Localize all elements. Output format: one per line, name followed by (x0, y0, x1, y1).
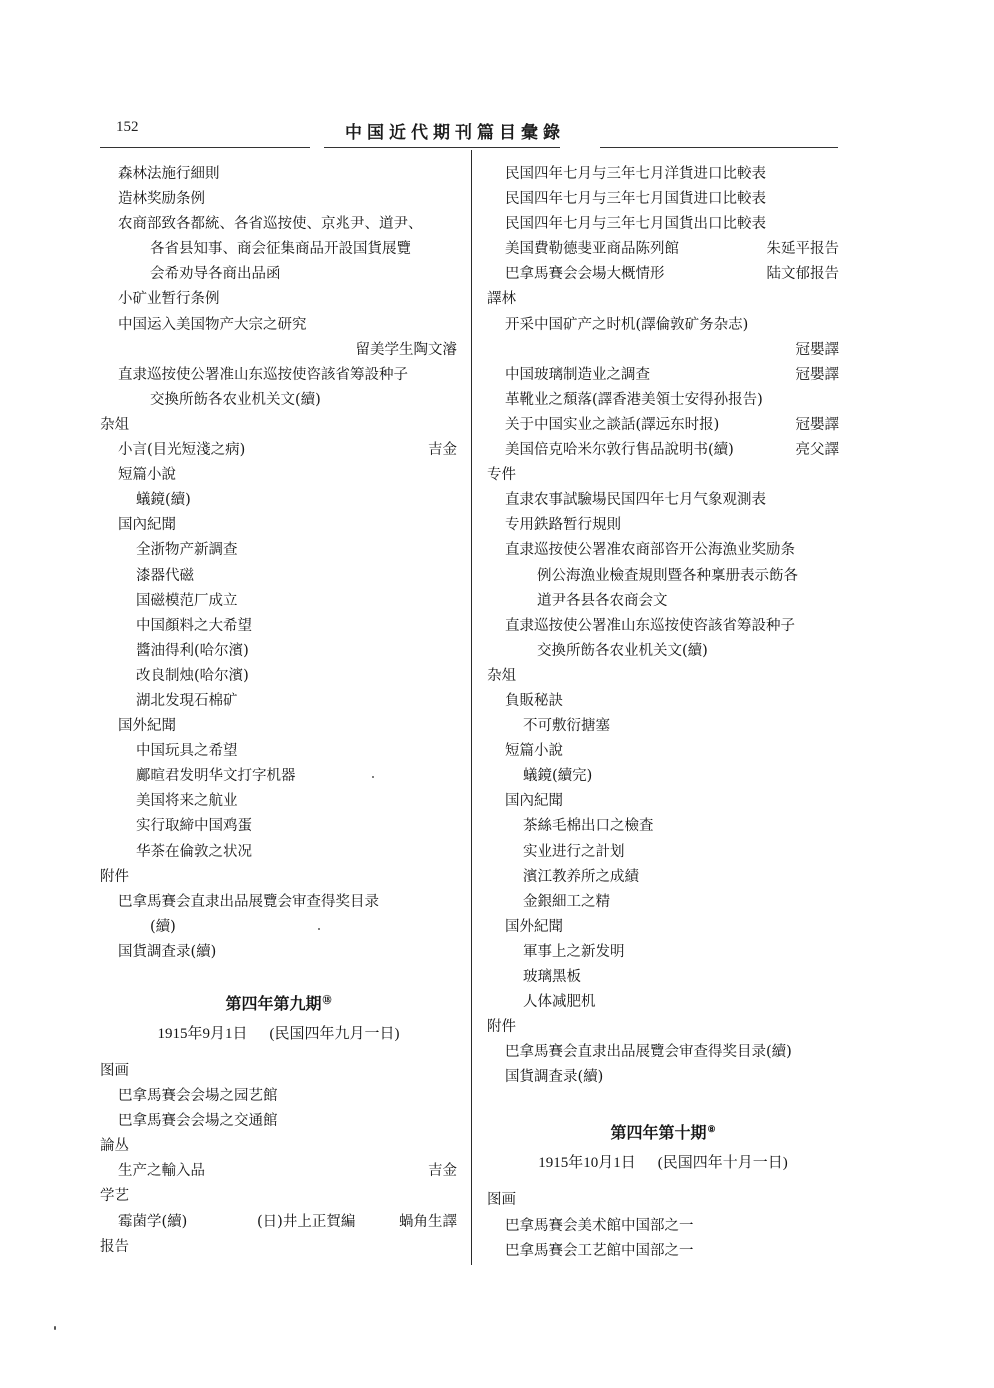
list-item: 实业进行之計划 (487, 840, 839, 865)
list-item: 負販秘訣 (487, 689, 839, 714)
column-divider (471, 150, 472, 1265)
entry-title: 論丛 (100, 1138, 129, 1154)
entry-author: 朱延平报告 (767, 237, 840, 262)
list-item: 国內紀聞 (487, 789, 839, 814)
entry-title: 中国顏料之大希望 (136, 618, 252, 634)
list-item: 森林法施行細則 (100, 162, 457, 187)
list-item: 民国四年七月与三年七月洋貨进口比較表 (487, 162, 839, 187)
list-item: 美国将来之航业 (100, 789, 457, 814)
list-item: 直隶巡按使公署准山东巡按使咨該省筹設种子 (487, 614, 839, 639)
list-item: 鄺暄君发明华文打字机器 (100, 764, 457, 789)
issue-date-4-10: 1915年10月1日(民国四年十月一日) (487, 1148, 839, 1178)
entry-title: 直隶巡按使公署准山东巡按使咨該省筹設种子 (118, 367, 408, 383)
running-title: 中国近代期刊篇目彙錄 (345, 118, 565, 143)
entry-title: 报告 (100, 1239, 129, 1255)
list-item: 巴拿馬賽会直隶出品展覽会审查得奖目录 (100, 890, 457, 915)
list-item: 各省县知事、商会征集商品开設国貨展覽 (100, 237, 457, 262)
entry-title: 民国四年七月与三年七月国貨进口比較表 (505, 191, 766, 207)
list-item: 漆器代磁 (100, 564, 457, 589)
footnote-marker: ⑱ (323, 996, 332, 1006)
list-item: 留美学生陶文濬 (100, 338, 457, 363)
list-item: 民国四年七月与三年七月国貨出口比較表 (487, 212, 839, 237)
entry-title: 直隶巡按使公署准山东巡按使咨該省筹設种子 (505, 618, 795, 634)
left-entry-list: 森林法施行細則造林奖励条例农商部致各都統、各省巡按使、京兆尹、道尹、各省县知事、… (100, 162, 457, 965)
scan-speck (372, 776, 374, 778)
entry-original-author: (日)井上正賀編 (257, 1210, 355, 1235)
list-item: 改良制烛(哈尔濱) (100, 664, 457, 689)
list-item: 国貨調査录(續) (487, 1065, 839, 1090)
entry-title: 国磁模范厂成立 (136, 593, 238, 609)
list-item: 湖北发現石棉矿 (100, 689, 457, 714)
list-item: 造林奖励条例 (100, 187, 457, 212)
entry-title: 各省县知事、商会征集商品开設国貨展覽 (150, 241, 411, 257)
entry-title: 图画 (487, 1192, 516, 1208)
entry-title: 玻璃黑板 (523, 969, 581, 985)
list-item: 全浙物产新調查 (100, 538, 457, 563)
list-item: 濱江教养所之成績 (487, 865, 839, 890)
entry-title: 直隶巡按使公署准农商部咨开公海漁业奖励条 (505, 542, 795, 558)
entry-author: 陆文郁报告 (767, 262, 840, 287)
list-item: 国外紀聞 (100, 714, 457, 739)
issue-heading-4-10: 第四年第十期⑧ (487, 1112, 839, 1148)
section-heading: 杂俎 (100, 413, 457, 438)
entry-title: 关于中国实业之談話(譯远东时报) (505, 417, 719, 433)
left-column: 森林法施行細則造林奖励条例农商部致各都統、各省巡按使、京兆尹、道尹、各省县知事、… (100, 162, 457, 1260)
list-item: 冠嬰譯 (487, 338, 839, 363)
date-gregorian: 1915年10月1日 (538, 1155, 636, 1171)
list-item: 例公海漁业檢査規則暨各种稟册表示飭各 (487, 564, 839, 589)
list-item: 中国玩具之希望 (100, 739, 457, 764)
section-heading: 譯林 (487, 287, 839, 312)
list-item: 蟻鏡(續完) (487, 764, 839, 789)
entry-title: 华茶在倫敦之状况 (136, 844, 252, 860)
entry-title: 譯林 (487, 291, 516, 307)
list-item: 开采中国矿产之时机(譯倫敦矿务杂志) (487, 313, 839, 338)
entry-title: 农商部致各都統、各省巡按使、京兆尹、道尹、 (118, 216, 423, 232)
right-entry-list: 民国四年七月与三年七月洋貨进口比較表民国四年七月与三年七月国貨进口比較表民国四年… (487, 162, 839, 1090)
list-item: 巴拿馬賽会会場之园艺館 (100, 1084, 457, 1109)
header-rule-gap (310, 145, 324, 150)
entry-title: 中国运入美国物产大宗之研究 (118, 317, 307, 333)
entry-title: 开采中国矿产之时机(譯倫敦矿务杂志) (505, 317, 748, 333)
entry-author: 冠嬰譯 (796, 363, 840, 388)
list-item: 农商部致各都統、各省巡按使、京兆尹、道尹、 (100, 212, 457, 237)
entry-title: 造林奖励条例 (118, 191, 205, 207)
entry-title: 小言(目光短淺之病) (118, 442, 245, 458)
entry-title: 負販秘訣 (505, 693, 563, 709)
section-heading: 論丛 (100, 1134, 457, 1159)
entry-title: 霉菌学(續) (118, 1214, 187, 1230)
entry-title: 实行取締中国鸡蛋 (136, 818, 252, 834)
list-item: 玻璃黑板 (487, 965, 839, 990)
list-item: 蟻鏡(續) (100, 488, 457, 513)
list-item: 小矿业暂行条例 (100, 287, 457, 312)
entry-title: 例公海漁业檢査規則暨各种稟册表示飭各 (537, 568, 798, 584)
entry-title: 鄺暄君发明华文打字机器 (136, 768, 296, 784)
entry-title: 民国四年七月与三年七月国貨出口比較表 (505, 216, 766, 232)
section-heading: 图画 (487, 1188, 839, 1213)
entry-title: 蟻鏡(續完) (523, 768, 592, 784)
entry-title: 巴拿馬賽会会場大概情形 (505, 266, 665, 282)
list-item: 巴拿馬賽会工艺館中国部之一 (487, 1239, 839, 1264)
list-item: 金銀細工之精 (487, 890, 839, 915)
list-item: 国貨調査录(續) (100, 940, 457, 965)
section-heading: 图画 (100, 1059, 457, 1084)
section-heading: 学艺 (100, 1184, 457, 1209)
entry-title: 巴拿馬賽会会場之园艺館 (118, 1088, 278, 1104)
entry-author: 吉金 (428, 1159, 457, 1184)
entry-title: 美国将来之航业 (136, 793, 238, 809)
issue-date-4-9: 1915年9月1日(民国四年九月一日) (100, 1019, 457, 1049)
entry-author: 冠嬰譯 (796, 338, 840, 363)
entry-title: 附件 (487, 1019, 516, 1035)
date-minguo: (民国四年十月一日) (658, 1155, 788, 1171)
entry-title: 直隶农事試驗場民国四年七月气象观測表 (505, 492, 766, 508)
list-item: 革靴业之頹落(譯香港美領士安得孙报告) (487, 388, 839, 413)
list-item: 直隶巡按使公署准农商部咨开公海漁业奖励条 (487, 538, 839, 563)
entry-author: 蝸角生譯 (399, 1210, 457, 1235)
list-item: 直隶巡按使公署准山东巡按使咨該省筹設种子 (100, 363, 457, 388)
list-item: 生产之輸入品吉金 (100, 1159, 457, 1184)
entry-title: 学艺 (100, 1188, 129, 1204)
entry-title: 国內紀聞 (118, 517, 176, 533)
section-heading: 杂俎 (487, 664, 839, 689)
section-heading: 附件 (100, 865, 457, 890)
entry-title: 国貨調査录(續) (505, 1069, 603, 1085)
entry-title: 軍事上之新发明 (523, 944, 625, 960)
entry-title: 醬油得利(哈尔濱) (136, 643, 249, 659)
list-item: 关于中国实业之談話(譯远东时报)冠嬰譯 (487, 413, 839, 438)
list-item: 茶絲毛棉出口之檢査 (487, 814, 839, 839)
entry-title: 民国四年七月与三年七月洋貨进口比較表 (505, 166, 766, 182)
list-item: 醬油得利(哈尔濱) (100, 639, 457, 664)
entry-title: 附件 (100, 869, 129, 885)
list-item: 实行取締中国鸡蛋 (100, 814, 457, 839)
right-issue-entry-list: 图画巴拿馬賽会美术館中国部之一巴拿馬賽会工艺館中国部之一 (487, 1188, 839, 1263)
entry-title: 革靴业之頹落(譯香港美領士安得孙报告) (505, 392, 763, 408)
entry-title: 美国倍克哈米尔敦行售品說明书(續) (505, 442, 734, 458)
list-item: 交換所飭各农业机关文(續) (100, 388, 457, 413)
entry-title: 国外紀聞 (505, 919, 563, 935)
entry-title: 专件 (487, 467, 516, 483)
entry-title: 改良制烛(哈尔濱) (136, 668, 249, 684)
entry-title: 巴拿馬賽会直隶出品展覽会审查得奖目录 (118, 894, 379, 910)
entry-title: 巴拿馬賽会工艺館中国部之一 (505, 1243, 694, 1259)
issue-title-text: 第四年第九期 (225, 994, 321, 1013)
entry-title: 交換所飭各农业机关文(續) (537, 643, 708, 659)
header-rule (100, 147, 838, 148)
scan-speck (318, 928, 320, 930)
right-column: 民国四年七月与三年七月洋貨进口比較表民国四年七月与三年七月国貨进口比較表民国四年… (487, 162, 839, 1264)
list-item: 国外紀聞 (487, 915, 839, 940)
list-item: 交換所飭各农业机关文(續) (487, 639, 839, 664)
entry-title: 巴拿馬賽会美术館中国部之一 (505, 1218, 694, 1234)
entry-title: 茶絲毛棉出口之檢査 (523, 818, 654, 834)
list-item: (續) (100, 915, 457, 940)
entry-title: 美国費勒德斐亚商品陈列館 (505, 241, 679, 257)
list-item: 美国費勒德斐亚商品陈列館朱延平报告 (487, 237, 839, 262)
entry-title: 森林法施行細則 (118, 166, 220, 182)
entry-title: 国內紀聞 (505, 793, 563, 809)
entry-title: 中国玩具之希望 (136, 743, 238, 759)
page-number: 152 (116, 119, 139, 136)
entry-title: 专用鉄路暂行規則 (505, 517, 621, 533)
entry-title: 濱江教养所之成績 (523, 869, 639, 885)
entry-title: 巴拿馬賽会直隶出品展覽会审查得奖目录(續) (505, 1044, 792, 1060)
entry-title: 短篇小說 (118, 467, 176, 483)
entry-title: 国貨調査录(續) (118, 944, 216, 960)
section-heading: 专件 (487, 463, 839, 488)
entry-title: 全浙物产新調查 (136, 542, 238, 558)
entry-author: 亮父譯 (796, 438, 840, 463)
list-item: 国磁模范厂成立 (100, 589, 457, 614)
section-heading: 报告 (100, 1235, 457, 1260)
entry-title: 短篇小說 (505, 743, 563, 759)
entry-title: 不可敷衍搪塞 (523, 718, 610, 734)
entry-title: 会希劝导各商出品函 (150, 266, 281, 282)
list-item: 中国玻璃制造业之調查冠嬰譯 (487, 363, 839, 388)
left-issue-entry-list: 图画巴拿馬賽会会場之园艺館巴拿馬賽会会場之交通館論丛生产之輸入品吉金学艺霉菌学(… (100, 1059, 457, 1260)
entry-title: 生产之輸入品 (118, 1163, 205, 1179)
section-heading: 附件 (487, 1015, 839, 1040)
list-item: 美国倍克哈米尔敦行售品說明书(續)亮父譯 (487, 438, 839, 463)
entry-title: 漆器代磁 (136, 568, 194, 584)
date-minguo: (民国四年九月一日) (270, 1026, 400, 1042)
entry-author: 吉金 (428, 438, 457, 463)
header-rule-gap (560, 145, 600, 150)
list-item: 华茶在倫敦之状况 (100, 840, 457, 865)
issue-title-text: 第四年第十期 (610, 1123, 706, 1142)
list-item: 軍事上之新发明 (487, 940, 839, 965)
entry-author: 冠嬰譯 (796, 413, 840, 438)
list-item: 短篇小說 (100, 463, 457, 488)
list-item: 民国四年七月与三年七月国貨进口比較表 (487, 187, 839, 212)
list-item: 国內紀聞 (100, 513, 457, 538)
entry-title: 金銀細工之精 (523, 894, 610, 910)
entry-title: (續) (150, 919, 176, 935)
list-item: 霉菌学(續)(日)井上正賀編蝸角生譯 (100, 1210, 457, 1235)
list-item: 专用鉄路暂行規則 (487, 513, 839, 538)
entry-title: 湖北发現石棉矿 (136, 693, 238, 709)
entry-title: 实业进行之計划 (523, 844, 625, 860)
list-item: 会希劝导各商出品函 (100, 262, 457, 287)
entry-title: 小矿业暂行条例 (118, 291, 220, 307)
list-item: 巴拿馬賽会美术館中国部之一 (487, 1214, 839, 1239)
entry-author: 留美学生陶文濬 (356, 338, 458, 363)
entry-title: 巴拿馬賽会会場之交通館 (118, 1113, 278, 1129)
scan-speck (54, 1326, 56, 1330)
footnote-marker: ⑧ (707, 1125, 715, 1135)
list-item: 短篇小說 (487, 739, 839, 764)
list-item: 道尹各县各农商会文 (487, 589, 839, 614)
list-item: 中国运入美国物产大宗之研究 (100, 313, 457, 338)
list-item: 人体减肥机 (487, 990, 839, 1015)
entry-title: 杂俎 (487, 668, 516, 684)
list-item: 巴拿馬賽会直隶出品展覽会审查得奖目录(續) (487, 1040, 839, 1065)
entry-title: 道尹各县各农商会文 (537, 593, 668, 609)
date-gregorian: 1915年9月1日 (157, 1026, 247, 1042)
list-item: 直隶农事試驗場民国四年七月气象观測表 (487, 488, 839, 513)
list-item: 巴拿馬賽会会場之交通館 (100, 1109, 457, 1134)
entry-title: 交換所飭各农业机关文(續) (150, 392, 321, 408)
list-item: 不可敷衍搪塞 (487, 714, 839, 739)
list-item: 小言(目光短淺之病)吉金 (100, 438, 457, 463)
entry-title: 蟻鏡(續) (136, 492, 191, 508)
entry-title: 国外紀聞 (118, 718, 176, 734)
entry-title: 中国玻璃制造业之調查 (505, 367, 650, 383)
issue-heading-4-9: 第四年第九期⑱ (100, 983, 457, 1019)
entry-title: 杂俎 (100, 417, 129, 433)
list-item: 巴拿馬賽会会場大概情形陆文郁报告 (487, 262, 839, 287)
entry-title: 图画 (100, 1063, 129, 1079)
list-item: 中国顏料之大希望 (100, 614, 457, 639)
entry-title: 人体减肥机 (523, 994, 596, 1010)
